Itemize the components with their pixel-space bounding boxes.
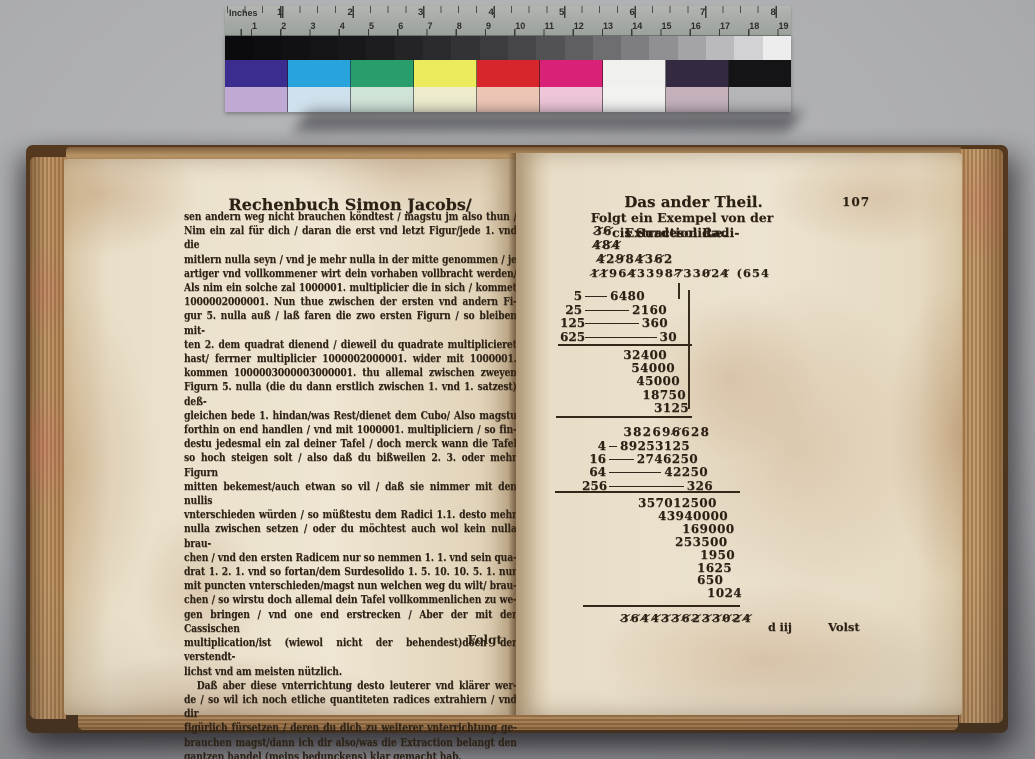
ruler-major-ticks xyxy=(225,6,791,18)
sums-2: 3570125004394000016900025350019501625650… xyxy=(516,497,756,600)
color-swatch xyxy=(593,36,621,60)
scratch-digit: 3 xyxy=(683,266,692,280)
color-swatch xyxy=(621,36,649,60)
photo-of-open-book: Inches 12345678 123456789101112131415161… xyxy=(0,0,1035,759)
text-line: mitlern nulla seyn / vnd je mehr nulla i… xyxy=(184,253,517,267)
dash-line xyxy=(585,310,629,311)
scratch-digit: 3 xyxy=(623,425,633,439)
color-swatch xyxy=(477,60,540,87)
color-swatch xyxy=(351,60,414,87)
scratch-digit: 2 xyxy=(691,611,701,625)
division-row: 62530 xyxy=(560,330,677,344)
scratch-digit: 9 xyxy=(615,252,625,266)
text-line: Daß aber diese vnterrichtung desto leute… xyxy=(184,679,517,693)
color-swatch xyxy=(540,60,603,87)
final-scratch-number: 3644336233024 xyxy=(620,611,752,625)
ruler-cm-number: 3 xyxy=(311,21,316,31)
text-line: kommen 1000003000003000001. thu allemal … xyxy=(184,366,517,380)
color-swatch xyxy=(225,87,288,112)
sum-line: 357012500 xyxy=(516,497,756,510)
rule-2 xyxy=(556,416,692,418)
scratch-digit: 2 xyxy=(663,252,673,266)
division-row: 489253125 xyxy=(582,439,690,452)
scratch-digit: 3 xyxy=(593,224,603,238)
dash-line xyxy=(609,486,684,487)
color-swatch xyxy=(480,36,508,60)
sum-line: 253500 xyxy=(516,536,756,549)
dash-line xyxy=(609,459,634,460)
division-value: 360 xyxy=(642,316,668,330)
dash-line xyxy=(609,472,661,473)
text-line: gen bringen / vnd one end erstrecken / A… xyxy=(184,608,517,636)
color-swatch xyxy=(734,36,762,60)
text-line: gur 5. nulla auß / laß faren die zwo ers… xyxy=(184,309,517,337)
scratch-digit: 8 xyxy=(700,425,710,439)
ruler-cm-number: 8 xyxy=(457,21,462,31)
color-swatch xyxy=(225,36,253,60)
text-line: Als nim ein solche zal 1000001. multipli… xyxy=(184,281,517,295)
color-swatch xyxy=(603,60,666,87)
text-line: lichst vnd am meisten nützlich. xyxy=(184,665,517,679)
scratch-digit: 3 xyxy=(644,252,654,266)
scratch-digit: 4 xyxy=(651,611,661,625)
text-line: forthin on end handlen / vnd mit 1000001… xyxy=(184,423,517,437)
division-value: 30 xyxy=(660,330,678,344)
color-swatch xyxy=(763,36,791,60)
ruler-cm-number: 10 xyxy=(515,21,525,31)
sum-line: 3125 xyxy=(560,402,689,415)
color-swatch xyxy=(477,87,540,112)
division-rows-1: 5648025216012536062530 xyxy=(560,289,680,343)
scratch-digit: 2 xyxy=(711,266,720,280)
text-line: nulla zwischen setzen / oder du möchtest… xyxy=(184,522,517,550)
divisor: 5 xyxy=(560,289,582,303)
color-swatch xyxy=(666,60,729,87)
division-row: 256326 xyxy=(582,479,713,492)
ruler-inch-number: 2 xyxy=(348,7,353,18)
division-value: 42250 xyxy=(664,465,708,479)
ruler-inch-number: 3 xyxy=(418,7,423,18)
scratch-digit: 3 xyxy=(661,611,671,625)
page-number: 107 xyxy=(842,195,870,209)
ruler-cm-number: 15 xyxy=(662,21,672,31)
division-value: 6480 xyxy=(610,289,645,303)
scratch-digit: 1 xyxy=(599,266,608,280)
color-swatch xyxy=(282,36,310,60)
text-line: ten 2. dem quadrat dienend / dieweil du … xyxy=(184,338,517,352)
ruler-cm-number: 19 xyxy=(779,21,789,31)
division-row: 6442250 xyxy=(582,465,708,478)
color-swatch xyxy=(423,36,451,60)
scratch-digit: 4 xyxy=(611,238,621,252)
scratch-remainder-36: 36 xyxy=(593,224,612,238)
book-right-page: Das ander Theil. 107 Folgt ein Exempel v… xyxy=(516,153,962,715)
sum-line: 169000 xyxy=(516,523,756,536)
color-swatch xyxy=(508,36,536,60)
scratch-digit: 6 xyxy=(630,611,640,625)
vertical-bar-short xyxy=(678,283,680,299)
text-line: figürlich fürsetzen / deren du dich zu w… xyxy=(184,721,517,735)
color-swatch xyxy=(225,60,288,87)
root-quotient: (654 xyxy=(736,266,769,280)
divisor: 25 xyxy=(560,303,582,317)
left-catchword: Folgt xyxy=(184,633,516,647)
right-page-header: Das ander Theil. xyxy=(611,193,776,211)
scratch-digit: 2 xyxy=(732,611,742,625)
page-fore-edge-right xyxy=(959,149,1003,723)
pastel-row xyxy=(225,87,791,112)
divisor: 4 xyxy=(582,439,606,453)
scratch-digit: 4 xyxy=(742,611,752,625)
ruler-inch-number: 7 xyxy=(700,7,705,18)
ruler-cm-number: 4 xyxy=(340,21,345,31)
text-line: mit puncten vnterschieden/magst nun welc… xyxy=(184,579,517,593)
ruler-cm-number: 5 xyxy=(369,21,374,31)
scratch-digit: 4 xyxy=(640,611,650,625)
dash-line xyxy=(585,337,657,338)
example-title-line2: cis Surdesolidæ. xyxy=(612,225,727,240)
ruler-cm-number: 11 xyxy=(545,21,555,31)
color-swatch xyxy=(536,36,564,60)
ruler-inch-number: 1 xyxy=(277,7,282,18)
remainder-number: 382696628 xyxy=(623,425,710,439)
scratch-digit: 2 xyxy=(606,252,616,266)
text-line: Nim ein zal für dich / daran die erst vn… xyxy=(184,224,517,252)
division-row: 56480 xyxy=(560,289,645,303)
color-swatch xyxy=(649,36,677,60)
color-swatch xyxy=(603,87,666,112)
color-swatch xyxy=(366,36,394,60)
division-row: 252160 xyxy=(560,303,667,317)
book-left-page: Rechenbuch Simon Jacobs/ sen andern weg … xyxy=(64,159,516,715)
color-swatch xyxy=(678,36,706,60)
scratch-digit: 4 xyxy=(720,266,729,280)
scratch-digit: 8 xyxy=(664,266,673,280)
text-line: 1000002000001. Nun thue zwischen der ers… xyxy=(184,295,517,309)
scratch-digit: 3 xyxy=(692,266,701,280)
final-scratch-line: 3644336233024 xyxy=(620,611,752,625)
ruler-inch-number: 4 xyxy=(489,7,494,18)
text-line: artiger vnd vollkommener wirt dein vorha… xyxy=(184,267,517,281)
ruler-cm-number: 16 xyxy=(691,21,701,31)
scratch-remainder-484: 484 xyxy=(592,238,621,252)
division-row: 162746250 xyxy=(582,452,698,465)
text-line: sen andern weg nicht brauchen köndtest /… xyxy=(184,210,517,224)
ruler-cm-number: 14 xyxy=(632,21,642,31)
scratch-digit: 6 xyxy=(654,252,664,266)
scratch-digit: 3 xyxy=(646,266,655,280)
scratch-digit: 6 xyxy=(618,266,627,280)
color-swatch xyxy=(288,60,351,87)
grayscale-row xyxy=(225,36,791,60)
signature-mark: d iij xyxy=(768,621,792,634)
scratch-digit: 8 xyxy=(633,425,643,439)
sum-line: 1024 xyxy=(516,587,756,600)
text-line: drat 1. 2. 1. vnd so fortan/dem Surdesol… xyxy=(184,565,517,579)
color-swatch xyxy=(338,36,366,60)
scratch-digit: 9 xyxy=(609,266,618,280)
ruler-cm-number: 7 xyxy=(428,21,433,31)
dash-line xyxy=(585,296,607,297)
text-line: gleichen bede 1. hindan/was Rest/dienet … xyxy=(184,409,517,423)
division-value: 2746250 xyxy=(637,452,698,466)
division-row: 125360 xyxy=(560,316,668,330)
color-swatch xyxy=(310,36,338,60)
dash-line xyxy=(585,323,639,324)
scratch-digit: 8 xyxy=(602,238,612,252)
dash-line xyxy=(609,446,617,447)
rule-1 xyxy=(558,344,692,346)
text-line: hast/ ferrner multiplicier 1000002000001… xyxy=(184,352,517,366)
text-line: chen / so wirstu doch allemal dein Tafel… xyxy=(184,593,517,607)
scratch-digit: 4 xyxy=(627,266,636,280)
ruler-cm-number: 2 xyxy=(281,21,286,31)
scratch-digit: 8 xyxy=(625,252,635,266)
color-swatch xyxy=(395,36,423,60)
sum-line: 43940000 xyxy=(516,510,756,523)
rule-3 xyxy=(555,491,740,493)
division-value: 2160 xyxy=(632,303,667,317)
sum-line: 18750 xyxy=(560,389,686,402)
scratch-digit: 4 xyxy=(592,238,602,252)
divisor: 64 xyxy=(582,465,606,479)
ruler-cm-number: 17 xyxy=(720,21,730,31)
right-catchword: Volst xyxy=(828,620,860,634)
text-line: chen / vnd den ersten Radicem nur so nem… xyxy=(184,551,517,565)
text-line: destu jedesmal ein zal deiner Tafel / do… xyxy=(184,437,517,451)
division-rows-2: 4892531251627462506442250256326 xyxy=(582,439,714,492)
color-swatch xyxy=(729,60,791,87)
scratch-digit: 4 xyxy=(596,252,606,266)
scratch-digit: 0 xyxy=(722,611,732,625)
ruler-inch-number: 6 xyxy=(630,7,635,18)
sum-line: 1950 xyxy=(516,549,756,562)
radicand-number: 119643398733024 xyxy=(590,266,729,280)
text-line: vnterschieden würden / so müßtestu dem R… xyxy=(184,508,517,522)
ruler-inch-number: 8 xyxy=(771,7,776,18)
sum-line: 45000 xyxy=(560,375,680,388)
divisor: 625 xyxy=(560,330,582,344)
scratch-digit: 3 xyxy=(636,266,645,280)
ruler-cm-number: 6 xyxy=(398,21,403,31)
color-swatch xyxy=(414,60,477,87)
text-line: so hoch steigen solt / also daß du bißwe… xyxy=(184,451,517,479)
color-swatch xyxy=(540,87,603,112)
color-swatch xyxy=(451,36,479,60)
color-swatch xyxy=(253,36,281,60)
color-swatch xyxy=(666,87,729,112)
scratch-digit: 6 xyxy=(603,224,613,238)
left-text-block: sen andern weg nicht brauchen köndtest /… xyxy=(184,210,517,759)
scratch-digit: 6 xyxy=(681,425,691,439)
color-swatch xyxy=(729,87,791,112)
scratch-digit: 9 xyxy=(662,425,672,439)
divisor: 125 xyxy=(560,316,582,330)
scratch-digit: 3 xyxy=(671,611,681,625)
text-line: mitten bekemest/auch etwan so vil / daß … xyxy=(184,480,517,508)
color-swatch xyxy=(351,87,414,112)
scratch-digit: 3 xyxy=(620,611,630,625)
right-page-content: Das ander Theil. 107 Folgt ein Exempel v… xyxy=(516,153,962,715)
scratch-remainder-42984362: 42984362 xyxy=(596,252,673,266)
scratch-digit: 2 xyxy=(642,425,652,439)
ruler-cm-number: 1 xyxy=(252,21,257,31)
scratch-digit: 6 xyxy=(652,425,662,439)
ruler-inch-number: 5 xyxy=(559,7,564,18)
color-swatch xyxy=(288,87,351,112)
ruler-cm-number: 9 xyxy=(486,21,491,31)
sums-1: 324005400045000187503125 xyxy=(560,349,690,415)
color-swatch xyxy=(565,36,593,60)
radicand-line: 119643398733024(654 xyxy=(590,266,770,280)
text-line: gantzen handel (meins bedunckens) klar g… xyxy=(184,750,517,759)
text-line: brauchen magst/dann ich dir also/was die… xyxy=(184,736,517,750)
division-value: 89253125 xyxy=(620,439,690,453)
text-line: de / so wil ich noch etliche quantiteten… xyxy=(184,693,517,721)
ruler-cm-number: 18 xyxy=(749,21,759,31)
scratch-digit: 2 xyxy=(690,425,700,439)
scratch-digit: 6 xyxy=(671,425,681,439)
scratch-digit: 7 xyxy=(674,266,683,280)
scratch-digit: 6 xyxy=(681,611,691,625)
scratch-digit: 4 xyxy=(635,252,645,266)
color-row xyxy=(225,60,791,87)
card-shadow xyxy=(296,112,800,131)
color-swatch xyxy=(706,36,734,60)
ruler-cm-number: 12 xyxy=(574,21,584,31)
ruler-label-inches: Inches xyxy=(229,8,258,18)
calibration-ruler: Inches 12345678 123456789101112131415161… xyxy=(225,6,791,36)
divisor: 16 xyxy=(582,452,606,466)
scratch-digit: 3 xyxy=(702,611,712,625)
color-swatch xyxy=(414,87,477,112)
color-calibration-card xyxy=(225,36,791,112)
rule-4 xyxy=(583,605,740,607)
scratch-digit: 3 xyxy=(712,611,722,625)
text-line: Figurn 5. nulla (die du dann erstlich zw… xyxy=(184,380,517,408)
ruler-cm-number: 13 xyxy=(603,21,613,31)
scratch-digit: 1 xyxy=(590,266,599,280)
page-fore-edge-left xyxy=(30,157,66,719)
scratch-digit: 9 xyxy=(655,266,664,280)
open-book: Rechenbuch Simon Jacobs/ sen andern weg … xyxy=(26,145,1008,733)
scratch-digit: 0 xyxy=(702,266,711,280)
